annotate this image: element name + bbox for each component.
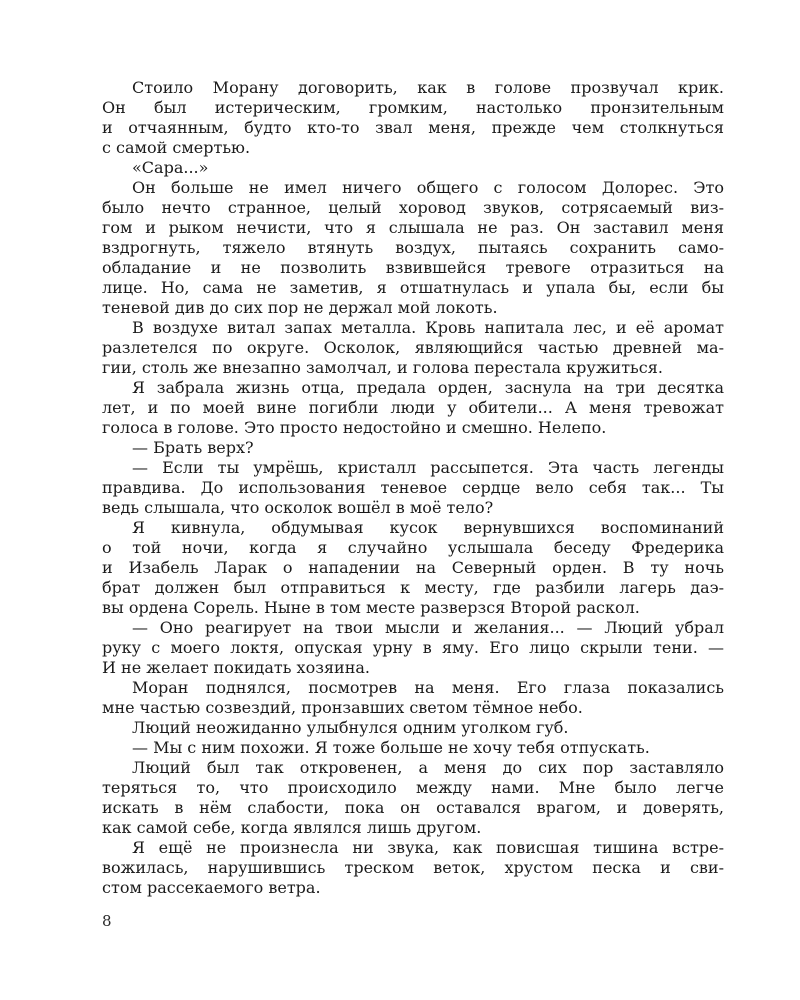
paragraph: Стоило Морану договорить, как в голове п…: [102, 78, 724, 158]
text-line: Я забрала жизнь отца, предала орден, зас…: [102, 378, 724, 398]
text-line: с самой смертью.: [102, 138, 724, 158]
page-number-label: 8: [102, 911, 112, 931]
paragraph: Я забрала жизнь отца, предала орден, зас…: [102, 378, 724, 438]
paragraph: — Мы с ним похожи. Я тоже больше не хочу…: [102, 738, 724, 758]
text-line: и отчаянным, будто кто-то звал меня, пре…: [102, 118, 724, 138]
text-line: теневой див до сих пор не держал мой лок…: [102, 298, 724, 318]
text-line: ведь слышала, что осколок вошёл в моё те…: [102, 498, 724, 518]
paragraph: Он больше не имел ничего общего с голосо…: [102, 178, 724, 318]
paragraph: — Оно реагирует на твои мысли и желания.…: [102, 618, 724, 678]
text-line: Я кивнула, обдумывая кусок вернувшихся в…: [102, 518, 724, 538]
paragraph: — Если ты умрёшь, кристалл рассыпется. Э…: [102, 458, 724, 518]
text-line: гом и рыком нечисти, что я слышала не ра…: [102, 218, 724, 238]
text-line: гии, столь же внезапно замолчал, и голов…: [102, 358, 724, 378]
text-line: мне частью созвездий, пронзавших светом …: [102, 698, 724, 718]
paragraph: Моран поднялся, посмотрев на меня. Его г…: [102, 678, 724, 718]
text-line: — Мы с ним похожи. Я тоже больше не хочу…: [102, 738, 724, 758]
text-line: голоса в голове. Это просто недостойно и…: [102, 418, 724, 438]
text-line: и Изабель Ларак о нападении на Северный …: [102, 558, 724, 578]
text-line: теряться то, что происходило между нами.…: [102, 778, 724, 798]
text-line: лет, и по моей вине погибли люди у обите…: [102, 398, 724, 418]
text-line: вожилась, нарушившись треском веток, хру…: [102, 858, 724, 878]
text-line: руку с моего локтя, опуская урну в яму. …: [102, 638, 724, 658]
text-line: было нечто странное, целый хоровод звуко…: [102, 198, 724, 218]
text-line: как самой себе, когда являлся лишь друго…: [102, 818, 724, 838]
text-line: Я ещё не произнесла ни звука, как повисш…: [102, 838, 724, 858]
text-line: разлетелся по округе. Осколок, являющийс…: [102, 338, 724, 358]
text-line: Моран поднялся, посмотрев на меня. Его г…: [102, 678, 724, 698]
paragraph: — Брать верх?: [102, 438, 724, 458]
text-line: Люций был так откровенен, а меня до сих …: [102, 758, 724, 778]
paragraph: «Сара...»: [102, 158, 724, 178]
text-line: Он был истерическим, громким, настолько …: [102, 98, 724, 118]
text-line: Он больше не имел ничего общего с голосо…: [102, 178, 724, 198]
paragraph: Люций неожиданно улыбнулся одним уголком…: [102, 718, 724, 738]
text-line: Стоило Морану договорить, как в голове п…: [102, 78, 724, 98]
page-text-block: Стоило Морану договорить, как в голове п…: [102, 78, 724, 898]
text-line: о той ночи, когда я случайно услышала бе…: [102, 538, 724, 558]
text-line: лице. Но, сама не заметив, я отшатнулась…: [102, 278, 724, 298]
text-line: «Сара...»: [102, 158, 724, 178]
text-line: И не желает покидать хозяина.: [102, 658, 724, 678]
text-line: искать в нём слабости, пока он оставался…: [102, 798, 724, 818]
text-line: брат должен был отправиться к месту, где…: [102, 578, 724, 598]
text-line: правдива. До использования теневое сердц…: [102, 478, 724, 498]
text-line: — Брать верх?: [102, 438, 724, 458]
paragraph: Я ещё не произнесла ни звука, как повисш…: [102, 838, 724, 898]
book-page: Стоило Морану договорить, как в голове п…: [0, 0, 800, 1000]
text-line: — Если ты умрёшь, кристалл рассыпется. Э…: [102, 458, 724, 478]
paragraph: Я кивнула, обдумывая кусок вернувшихся в…: [102, 518, 724, 618]
paragraph: Люций был так откровенен, а меня до сих …: [102, 758, 724, 838]
text-line: стом рассекаемого ветра.: [102, 878, 724, 898]
text-line: В воздухе витал запах металла. Кровь нап…: [102, 318, 724, 338]
text-line: — Оно реагирует на твои мысли и желания.…: [102, 618, 724, 638]
paragraph: В воздухе витал запах металла. Кровь нап…: [102, 318, 724, 378]
text-line: обладание и не позволить взвившейся трев…: [102, 258, 724, 278]
text-line: Люций неожиданно улыбнулся одним уголком…: [102, 718, 724, 738]
text-line: вздрогнуть, тяжело втянуть воздух, пытая…: [102, 238, 724, 258]
text-line: вы ордена Сорель. Ныне в том месте разве…: [102, 598, 724, 618]
